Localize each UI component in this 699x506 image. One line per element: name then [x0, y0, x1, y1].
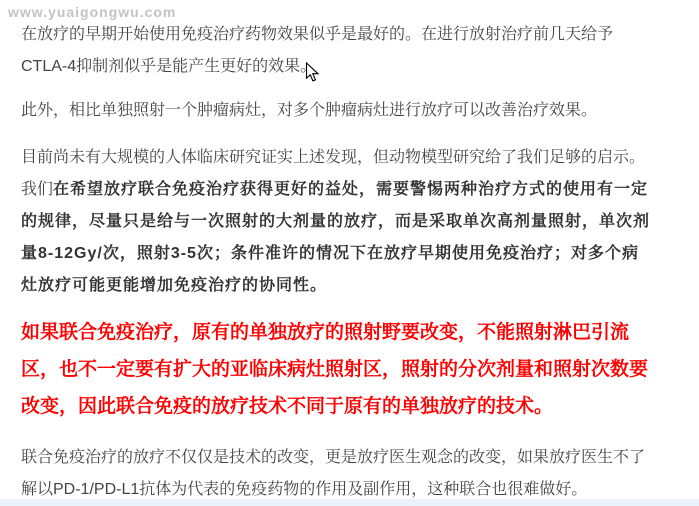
- text-line: 如果联合免疫治疗，原有的单独放疗的照射野要改变，不能照射淋巴引流: [21, 314, 691, 351]
- watermark: www.yuaigongwu.com: [8, 4, 176, 20]
- text-line: 我们在希望放疗联合免疫治疗获得更好的益处，需要警惕两种治疗方式的使用有一定: [21, 174, 691, 206]
- paragraph-5: 联合免疫治疗的放疗不仅仅是技术的改变，更是放疗医生观念的改变，如果放疗医生不了 …: [21, 442, 691, 506]
- paragraph-3: 目前尚未有大规模的人体临床研究证实上述发现，但动物模型研究给了我们足够的启示。 …: [21, 142, 691, 302]
- text-line: CTLA-4抑制剂似乎是能产生更好的效果。: [21, 51, 691, 83]
- bottom-divider-bar: [0, 499, 699, 506]
- paragraph-2: 此外，相比单独照射一个肿瘤病灶，对多个肿瘤病灶进行放疗可以改善治疗效果。: [21, 95, 691, 127]
- text-line: 目前尚未有大规模的人体临床研究证实上述发现，但动物模型研究给了我们足够的启示。: [21, 142, 691, 174]
- text-line: 的规律，尽量只是给与一次照射的大剂量的放疗，而是采取单次高剂量照射，单次剂: [21, 206, 691, 238]
- text-line: 此外，相比单独照射一个肿瘤病灶，对多个肿瘤病灶进行放疗可以改善治疗效果。: [21, 95, 691, 127]
- text-line: 改变，因此联合免疫的放疗技术不同于原有的单独放疗的技术。: [21, 388, 691, 425]
- text-segment-bold: 在希望放疗联合免疫治疗获得更好的益处，需要警惕两种治疗方式的使用有一定: [53, 181, 648, 198]
- paragraph-4-highlighted: 如果联合免疫治疗，原有的单独放疗的照射野要改变，不能照射淋巴引流 区，也不一定要…: [21, 314, 691, 425]
- text-line: 灶放疗可能更能增加免疫治疗的协同性。: [21, 270, 691, 302]
- text-line: 量8-12Gy/次，照射3-5次；条件准许的情况下在放疗早期使用免疫治疗；对多个…: [21, 238, 691, 270]
- text-line: 联合免疫治疗的放疗不仅仅是技术的改变，更是放疗医生观念的改变，如果放疗医生不了: [21, 442, 691, 474]
- paragraph-1: 在放疗的早期开始使用免疫治疗药物效果似乎是最好的。在进行放射治疗前几天给予 CT…: [21, 19, 691, 83]
- text-line: 在放疗的早期开始使用免疫治疗药物效果似乎是最好的。在进行放射治疗前几天给予: [21, 19, 691, 51]
- article-body: 在放疗的早期开始使用免疫治疗药物效果似乎是最好的。在进行放射治疗前几天给予 CT…: [21, 19, 691, 506]
- text-line: 区，也不一定要有扩大的亚临床病灶照射区，照射的分次剂量和照射次数要: [21, 351, 691, 388]
- text-segment-normal: 我们: [21, 181, 53, 198]
